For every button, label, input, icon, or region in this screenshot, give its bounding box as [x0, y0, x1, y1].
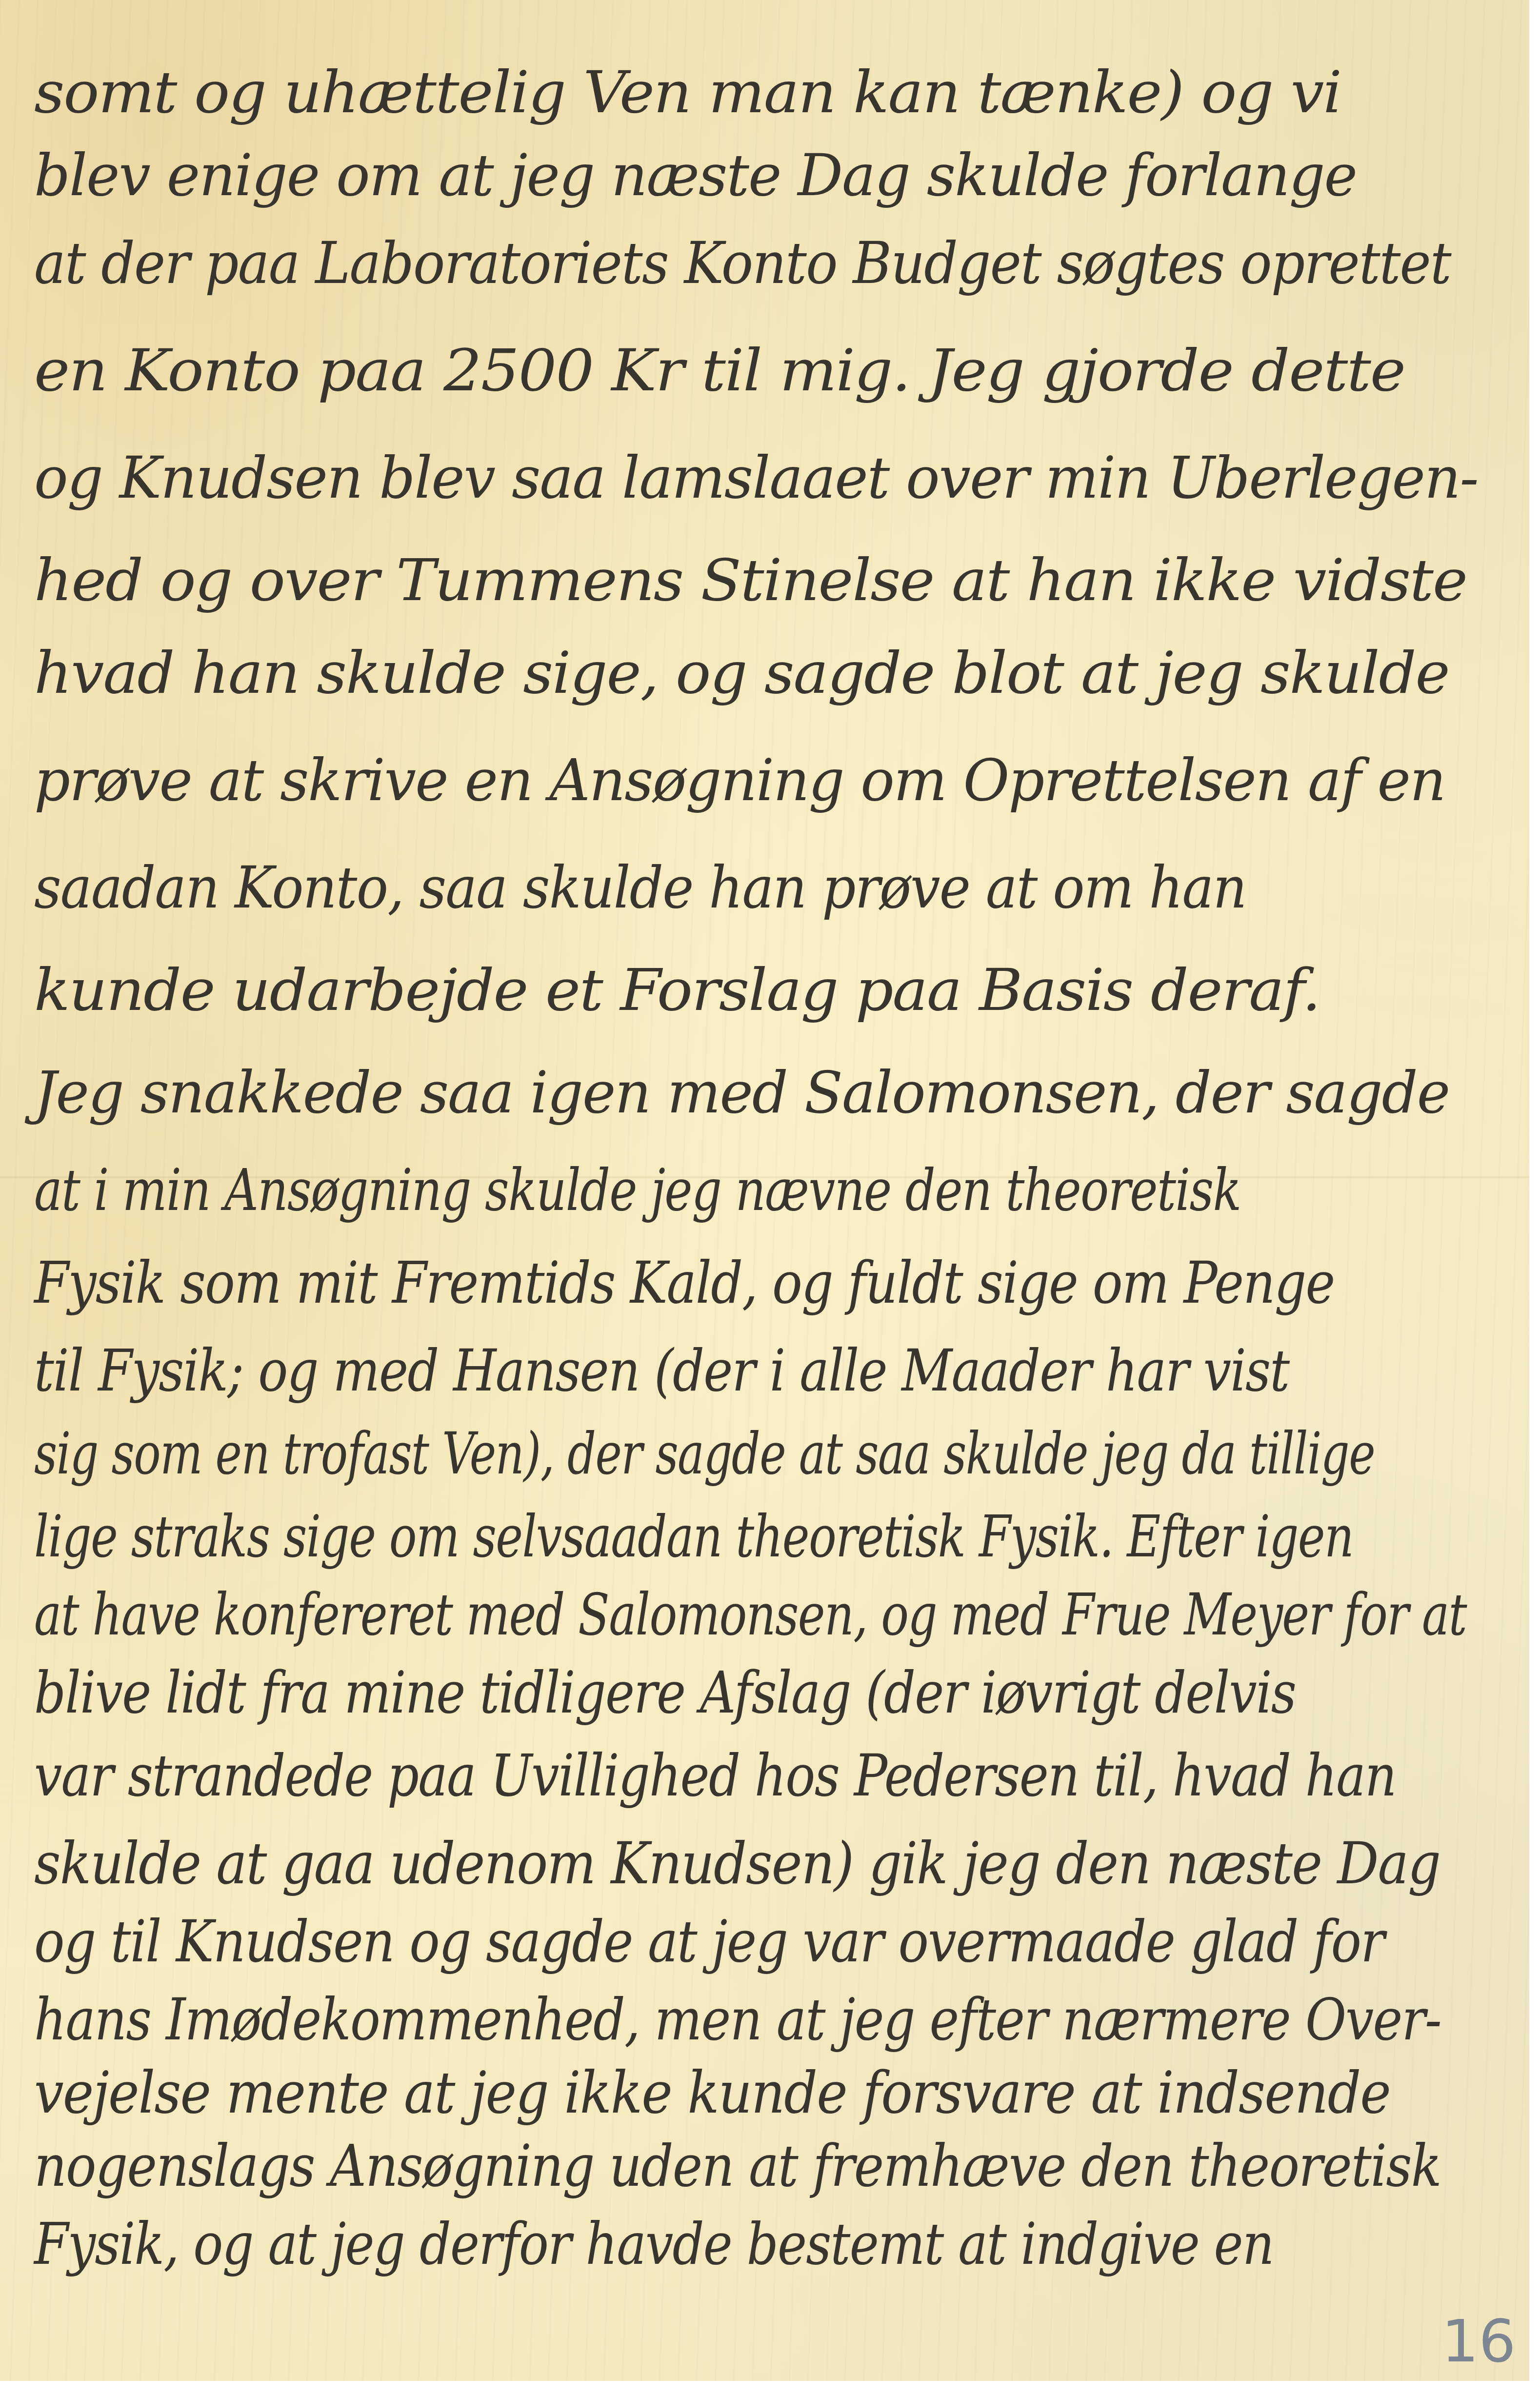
handwritten-line: at der paa Laboratoriets Konto Budget sø…: [34, 234, 1451, 292]
handwritten-line: blive lidt fra mine tidligere Afslag (de…: [34, 1664, 1296, 1721]
handwritten-line: blev enige om at jeg næste Dag skulde fo…: [34, 146, 1357, 204]
handwritten-line: saadan Konto, saa skulde han prøve at om…: [34, 859, 1246, 916]
handwritten-line: somt og uhættelig Ven man kan tænke) og …: [34, 63, 1341, 121]
handwritten-line: skulde at gaa udenom Knudsen) gik jeg de…: [34, 1834, 1440, 1892]
handwritten-line: hvad han skulde sige, og sagde blot at j…: [34, 644, 1449, 702]
handwritten-line: hans Imødekommenhed, men at jeg efter næ…: [34, 1991, 1441, 2048]
handwritten-line: Fysik, og at jeg derfor havde bestemt at…: [34, 2215, 1274, 2273]
handwritten-line: prøve at skrive en Ansøgning om Oprettel…: [34, 751, 1445, 809]
handwritten-line: en Konto paa 2500 Kr til mig. Jeg gjorde…: [34, 342, 1405, 399]
handwritten-line: at have konfereret med Salomonsen, og me…: [34, 1586, 1466, 1643]
handwritten-line: sig som en trofast Ven), der sagde at sa…: [34, 1425, 1375, 1482]
page-number: 16: [1441, 2313, 1516, 2371]
handwritten-line: lige straks sige om selvsaadan theoretis…: [34, 1508, 1353, 1565]
handwritten-line: og til Knudsen og sagde at jeg var overm…: [34, 1913, 1384, 1970]
handwritten-line: nogenslags Ansøgning uden at fremhæve de…: [34, 2137, 1441, 2195]
handwritten-line: til Fysik; og med Hansen (der i alle Maa…: [34, 1342, 1289, 1399]
handwritten-line: og Knudsen blev saa lamslaaet over min U…: [34, 449, 1478, 506]
handwritten-line: vejelse mente at jeg ikke kunde forsvare…: [34, 2064, 1390, 2121]
handwritten-line: Fysik som mit Fremtids Kald, og fuldt si…: [34, 1254, 1335, 1311]
letter-page: somt og uhættelig Ven man kan tænke) og …: [0, 0, 1529, 2381]
handwritten-line: Jeg snakkede saa igen med Salomonsen, de…: [34, 1064, 1449, 1121]
handwritten-line: kunde udarbejde et Forslag paa Basis der…: [34, 961, 1320, 1019]
handwritten-line: at i min Ansøgning skulde jeg nævne den …: [34, 1161, 1241, 1219]
handwritten-line: hed og over Tummens Stinelse at han ikke…: [34, 551, 1467, 609]
handwritten-line: var strandede paa Uvillighed hos Pederse…: [34, 1747, 1396, 1804]
